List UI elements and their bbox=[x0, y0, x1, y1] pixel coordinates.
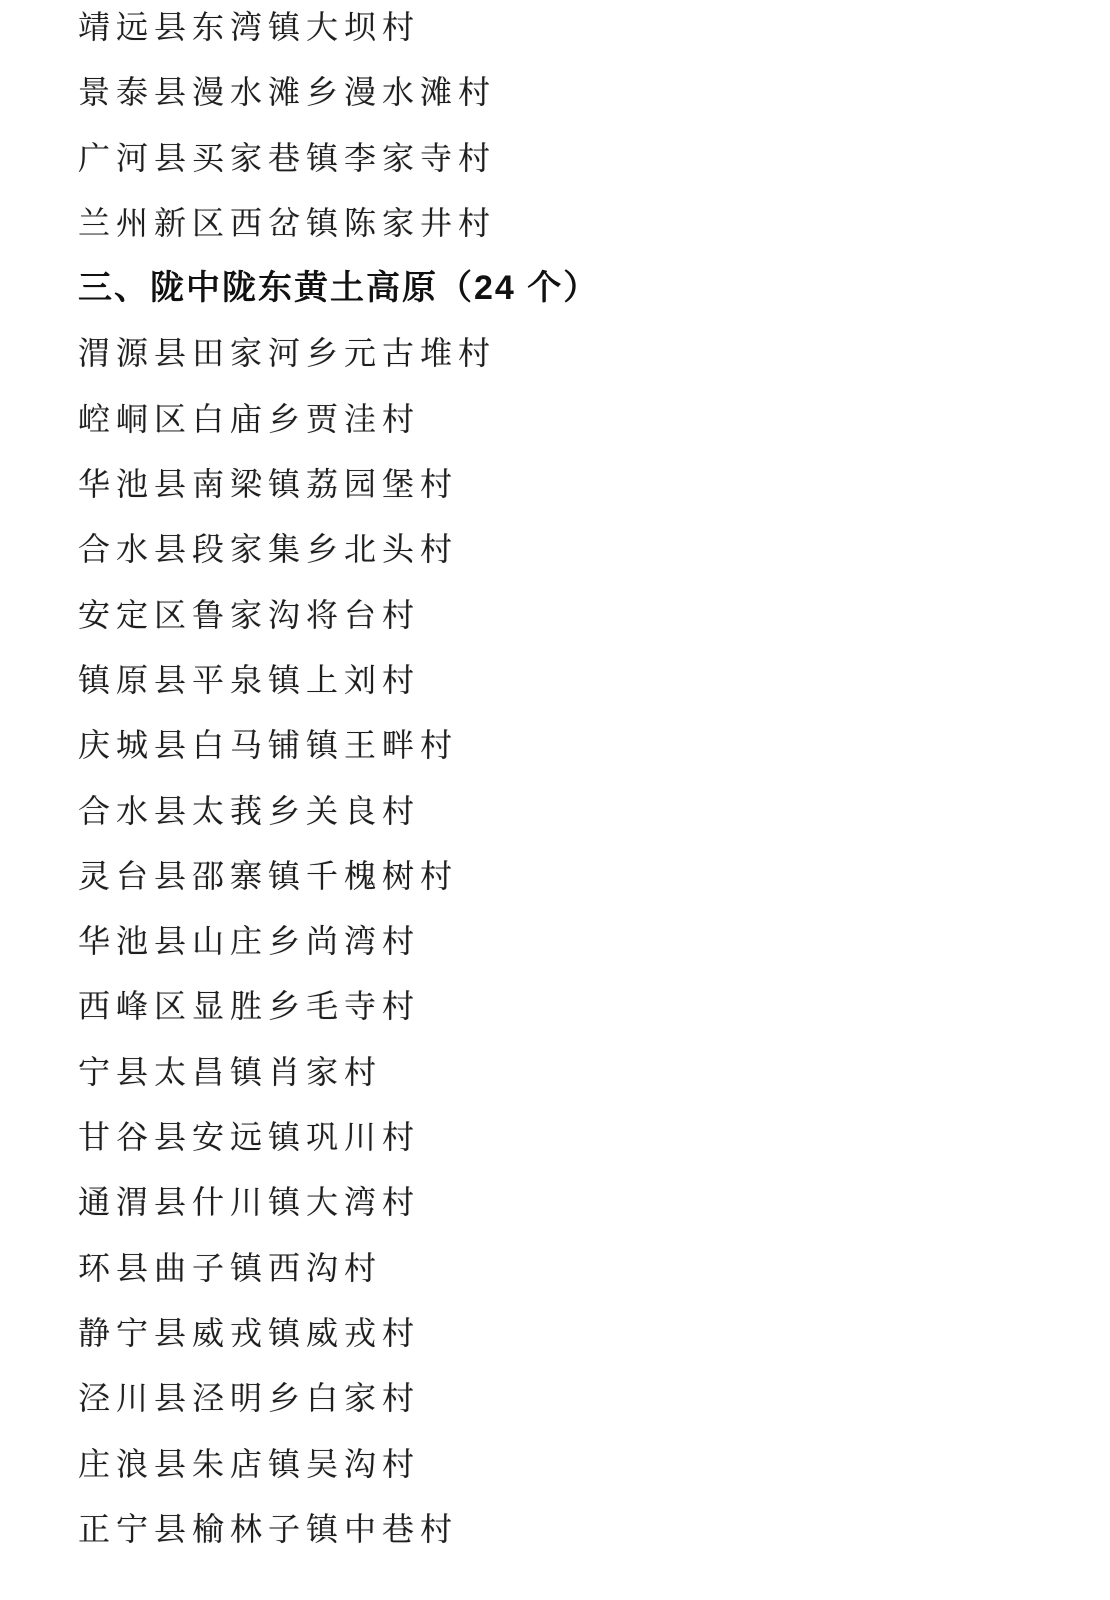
village-line: 安定区鲁家沟将台村 bbox=[78, 583, 1070, 648]
village-line: 庄浪县朱店镇吴沟村 bbox=[78, 1432, 1070, 1497]
village-line: 宁县太昌镇肖家村 bbox=[78, 1040, 1070, 1105]
village-line: 合水县太莪乡关良村 bbox=[78, 779, 1070, 844]
village-line: 广河县买家巷镇李家寺村 bbox=[78, 126, 1070, 191]
village-line: 镇原县平泉镇上刘村 bbox=[78, 648, 1070, 713]
village-line: 正宁县榆林子镇中巷村 bbox=[78, 1497, 1070, 1562]
village-line: 泾川县泾明乡白家村 bbox=[78, 1366, 1070, 1431]
village-line: 静宁县威戎镇威戎村 bbox=[78, 1301, 1070, 1366]
document-page: 靖远县东湾镇大坝村 景泰县漫水滩乡漫水滩村 广河县买家巷镇李家寺村 兰州新区西岔… bbox=[0, 0, 1110, 1595]
village-line: 合水县段家集乡北头村 bbox=[78, 517, 1070, 582]
village-line: 靖远县东湾镇大坝村 bbox=[78, 0, 1070, 60]
village-line: 灵台县邵寨镇千槐树村 bbox=[78, 844, 1070, 909]
village-line: 崆峒区白庙乡贾洼村 bbox=[78, 387, 1070, 452]
village-line: 景泰县漫水滩乡漫水滩村 bbox=[78, 60, 1070, 125]
village-line: 西峰区显胜乡毛寺村 bbox=[78, 974, 1070, 1039]
village-line: 兰州新区西岔镇陈家井村 bbox=[78, 191, 1070, 256]
village-line: 环县曲子镇西沟村 bbox=[78, 1236, 1070, 1301]
village-line: 华池县南梁镇荔园堡村 bbox=[78, 452, 1070, 517]
village-line: 华池县山庄乡尚湾村 bbox=[78, 909, 1070, 974]
village-line: 甘谷县安远镇巩川村 bbox=[78, 1105, 1070, 1170]
village-line: 庆城县白马铺镇王畔村 bbox=[78, 713, 1070, 778]
village-line: 渭源县田家河乡元古堆村 bbox=[78, 321, 1070, 386]
section-heading: 三、陇中陇东黄土高原（24 个） bbox=[78, 256, 1070, 321]
village-line: 通渭县什川镇大湾村 bbox=[78, 1170, 1070, 1235]
